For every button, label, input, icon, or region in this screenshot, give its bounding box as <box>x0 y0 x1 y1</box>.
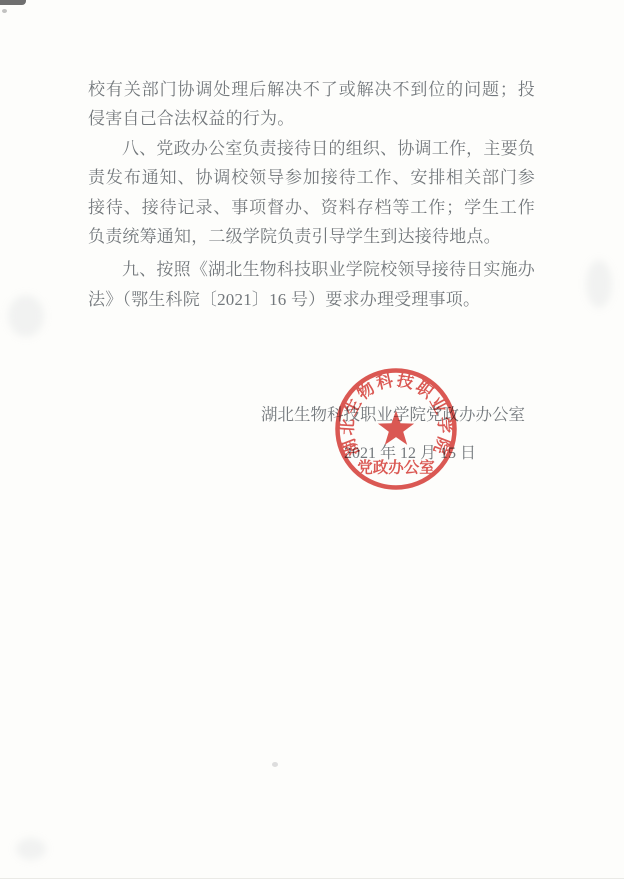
text-line: 八、党政办公室负责接待日的组织、协调工作，主要负 <box>88 134 535 163</box>
seal-star-icon <box>378 411 414 445</box>
scan-smudge <box>16 838 46 860</box>
document-body: 校有关部门协调处理后解决不了或解决不到位的问题；投诉 侵害自己合法权益的行为。 … <box>88 75 535 314</box>
official-seal: 湖北生物科技职业学院 党政办公室 <box>330 363 462 495</box>
text-line: 责发布通知、协调校领导参加接待工作、安排相关部门参与 <box>88 163 535 192</box>
scanned-document-page: 校有关部门协调处理后解决不了或解决不到位的问题；投诉 侵害自己合法权益的行为。 … <box>0 0 624 879</box>
text-line: 九、按照《湖北生物科技职业学院校领导接待日实施办 <box>88 255 535 284</box>
text-line: 侵害自己合法权益的行为。 <box>88 104 535 133</box>
scan-speck <box>272 762 278 767</box>
seal-banner-text: 党政办公室 <box>357 458 435 477</box>
scan-artifact-corner <box>0 0 26 5</box>
scan-smudge <box>8 295 44 337</box>
scan-artifact-speck <box>2 9 7 13</box>
text-line: 校有关部门协调处理后解决不了或解决不到位的问题；投诉 <box>88 75 535 104</box>
text-line: 负责统筹通知，二级学院负责引导学生到达接待地点。 <box>88 222 535 251</box>
text-line: 法》（鄂生科院〔2021〕16 号）要求办理受理事项。 <box>88 285 535 314</box>
scan-smudge <box>586 260 612 308</box>
text-line: 接待、接待记录、事项督办、资料存档等工作；学生工作处 <box>88 193 535 222</box>
